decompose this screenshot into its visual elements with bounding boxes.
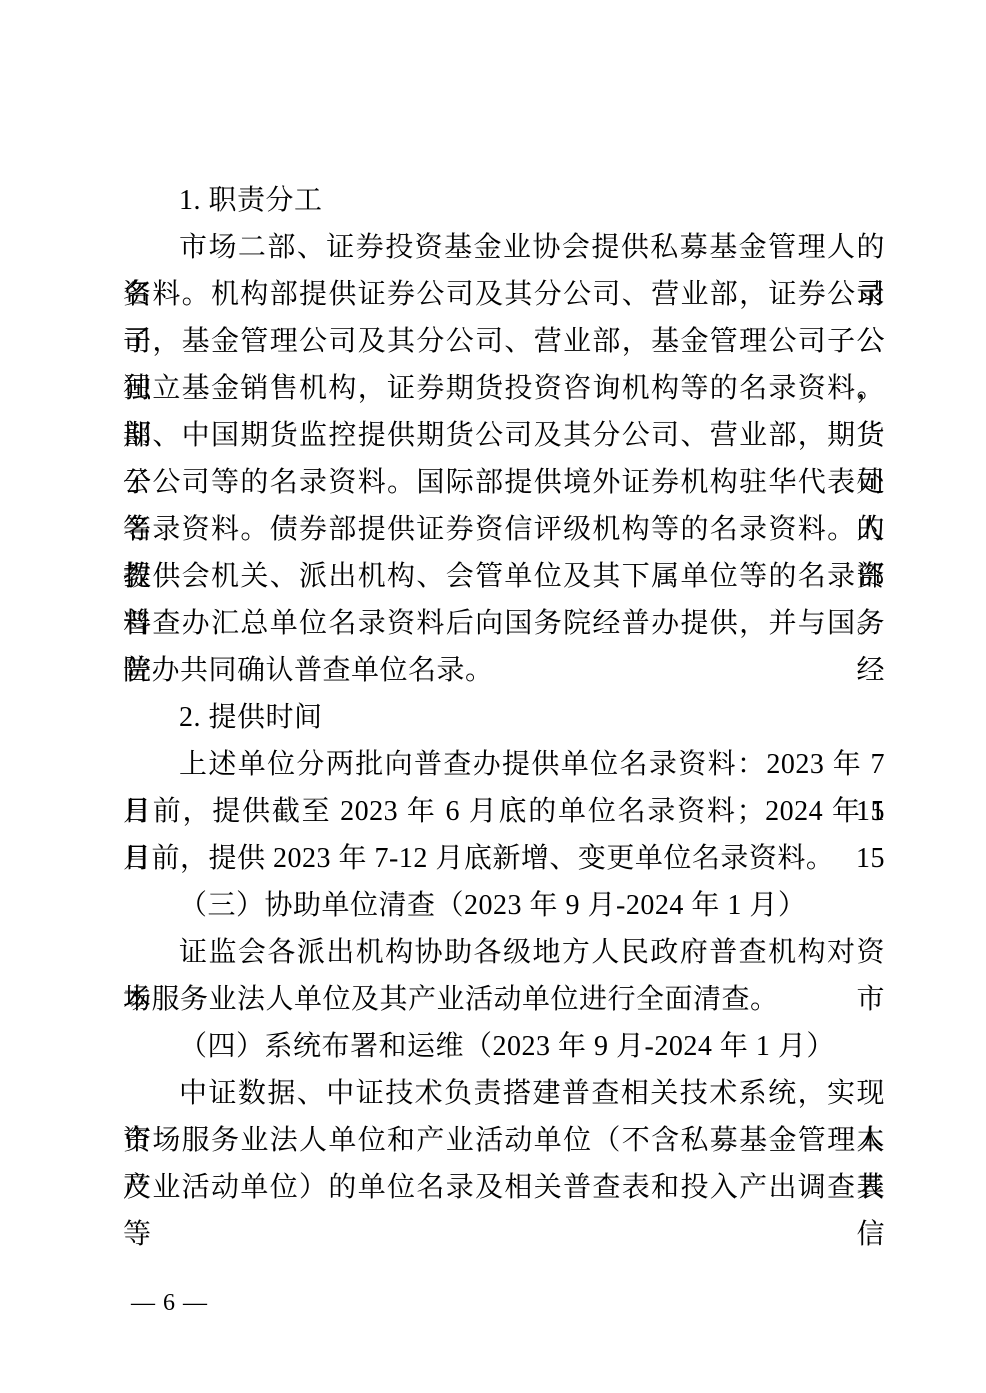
paragraph-line: 证监会各派出机构协助各级地方人民政府普查机构对资本市 — [123, 929, 885, 976]
document-body: 1. 职责分工 市场二部、证券投资基金业协会提供私募基金管理人的名录 资料。机构… — [123, 177, 885, 1211]
document-page: 1. 职责分工 市场二部、证券投资基金业协会提供私募基金管理人的名录 资料。机构… — [0, 0, 986, 1393]
numbered-heading-line: 1. 职责分工 — [123, 177, 885, 224]
paragraph-line: 产业活动单位）的单位名录及相关普查表和投入产出调查表等信 — [123, 1164, 885, 1211]
paragraph-line: 部、中国期货监控提供期货公司及其分公司、营业部，期货公司 — [123, 412, 885, 459]
paragraph-line: 独立基金销售机构，证券期货投资咨询机构等的名录资料。期货 — [123, 365, 885, 412]
paragraph-line: 市场二部、证券投资基金业协会提供私募基金管理人的名录 — [123, 224, 885, 271]
paragraph-line: 提供会机关、派出机构、会管单位及其下属单位等的名录资料。 — [123, 553, 885, 600]
paragraph-line: 资料。机构部提供证券公司及其分公司、营业部，证券公司子公 — [123, 271, 885, 318]
paragraph-line: 名录资料。债券部提供证券资信评级机构等的名录资料。人教部 — [123, 506, 885, 553]
section-heading-line: （三）协助单位清查（2023 年 9 月-2024 年 1 月） — [123, 882, 885, 929]
paragraph-line: 普查办汇总单位名录资料后向国务院经普办提供，并与国务院经 — [123, 600, 885, 647]
paragraph-line: 市场服务业法人单位和产业活动单位（不含私募基金管理人及其 — [123, 1117, 885, 1164]
paragraph-line: 上述单位分两批向普查办提供单位名录资料：2023 年 7 月 15 — [123, 741, 885, 788]
paragraph-line: 场服务业法人单位及其产业活动单位进行全面清查。 — [123, 976, 885, 1023]
paragraph-line: 司，基金管理公司及其分公司、营业部，基金管理公司子公司， — [123, 318, 885, 365]
numbered-heading-line: 2. 提供时间 — [123, 694, 885, 741]
paragraph-line: 日前，提供 2023 年 7-12 月底新增、变更单位名录资料。 — [123, 835, 885, 882]
section-heading-line: （四）系统布署和运维（2023 年 9 月-2024 年 1 月） — [123, 1023, 885, 1070]
paragraph-line: 子公司等的名录资料。国际部提供境外证券机构驻华代表处等的 — [123, 459, 885, 506]
paragraph-line: 日前，提供截至 2023 年 6 月底的单位名录资料；2024 年 1 月 15 — [123, 788, 885, 835]
paragraph-line: 中证数据、中证技术负责搭建普查相关技术系统，实现资本 — [123, 1070, 885, 1117]
page-footer: — 6 — — [131, 1288, 208, 1318]
page-number: — 6 — — [131, 1290, 208, 1316]
